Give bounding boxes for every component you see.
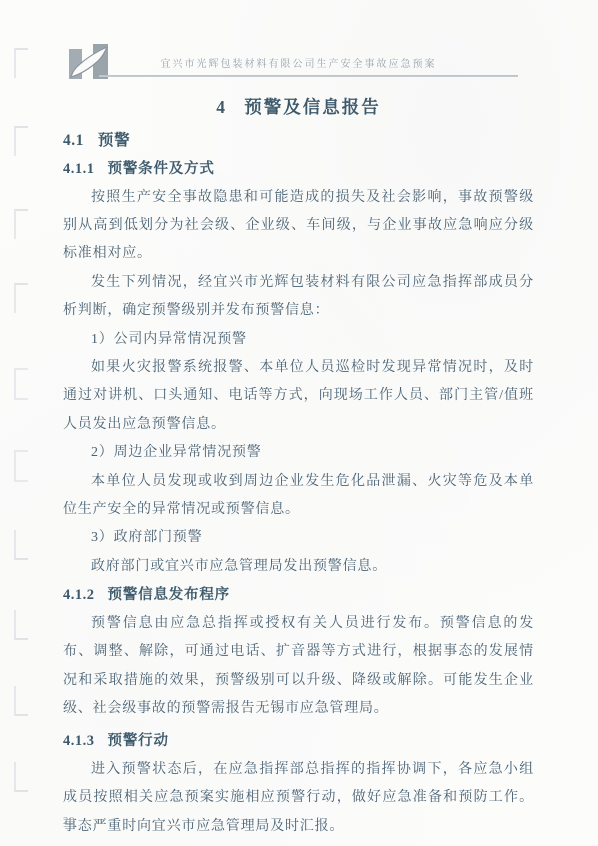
heading-4-1-text: 预警: [98, 132, 131, 149]
binding-mark: [14, 283, 28, 313]
binding-mark: [14, 610, 28, 640]
binding-mark: [14, 686, 28, 716]
heading-4-1-number: 4.1: [63, 132, 84, 149]
binding-mark: [14, 48, 28, 78]
heading-4-1-2-text: 预警信息发布程序: [108, 587, 230, 603]
page-title-number: 4: [216, 97, 225, 117]
list-item: 1）公司内异常情况预警: [63, 326, 534, 354]
binding-mark: [14, 530, 28, 560]
binding-mark: [14, 126, 28, 156]
heading-4-1-2-number: 4.1.2: [63, 587, 95, 603]
heading-4-1-1-text: 预警条件及方式: [108, 161, 215, 177]
page-number: 20: [63, 816, 76, 827]
heading-4-1-1: 4.1.1预警条件及方式: [63, 155, 534, 184]
paragraph: 按照生产安全事故隐患和可能造成的损失及社会影响，事故预警级别从高到低划分为社会级…: [63, 184, 534, 269]
heading-4-1-2: 4.1.2预警信息发布程序: [63, 581, 534, 610]
page-title-text: 预警及信息报告: [244, 97, 381, 117]
header-company-name: 宜兴市光辉包装材料有限公司生产安全事故应急预案: [63, 55, 534, 70]
list-item: 3）政府部门预警: [63, 524, 534, 552]
heading-4-1-3-text: 预警行动: [108, 733, 169, 749]
binding-mark: [14, 209, 28, 239]
heading-4-1-3: 4.1.3预警行动: [63, 727, 534, 756]
page-title: 4预警及信息报告: [63, 92, 534, 122]
paragraph: 如果火灾报警系统报警、本单位人员巡检时发现异常情况时，及时通过对讲机、口头通知、…: [63, 354, 534, 439]
paragraph: 预警信息由应急总指挥或授权有关人员进行发布。预警信息的发布、调整、解除，可通过电…: [63, 610, 534, 724]
scanned-document-page: 宜兴市光辉包装材料有限公司生产安全事故应急预案 4预警及信息报告 4.1预警 4…: [0, 0, 598, 846]
binding-mark: [14, 762, 28, 792]
paragraph: 发生下列情况，经宜兴市光辉包装材料有限公司应急指挥部成员分析判断，确定预警级别并…: [63, 269, 534, 326]
paragraph: 进入预警状态后，在应急指挥部总指挥的指挥协调下，各应急小组成员按照相关应急预案实…: [63, 756, 534, 841]
binding-mark: [14, 368, 28, 400]
heading-4-1: 4.1预警: [63, 127, 534, 155]
document-content: 4预警及信息报告 4.1预警 4.1.1预警条件及方式 按照生产安全事故隐患和可…: [63, 92, 534, 841]
heading-4-1-1-number: 4.1.1: [63, 161, 95, 177]
paragraph: 政府部门或宜兴市应急管理局发出预警信息。: [63, 553, 534, 581]
header-rule: [99, 75, 518, 77]
paragraph: 本单位人员发现或收到周边企业发生危化品泄漏、火灾等危及本单位生产安全的异常情况或…: [63, 468, 534, 525]
list-item: 2）周边企业异常情况预警: [63, 439, 534, 467]
binding-mark: [14, 450, 28, 482]
heading-4-1-3-number: 4.1.3: [63, 733, 95, 749]
